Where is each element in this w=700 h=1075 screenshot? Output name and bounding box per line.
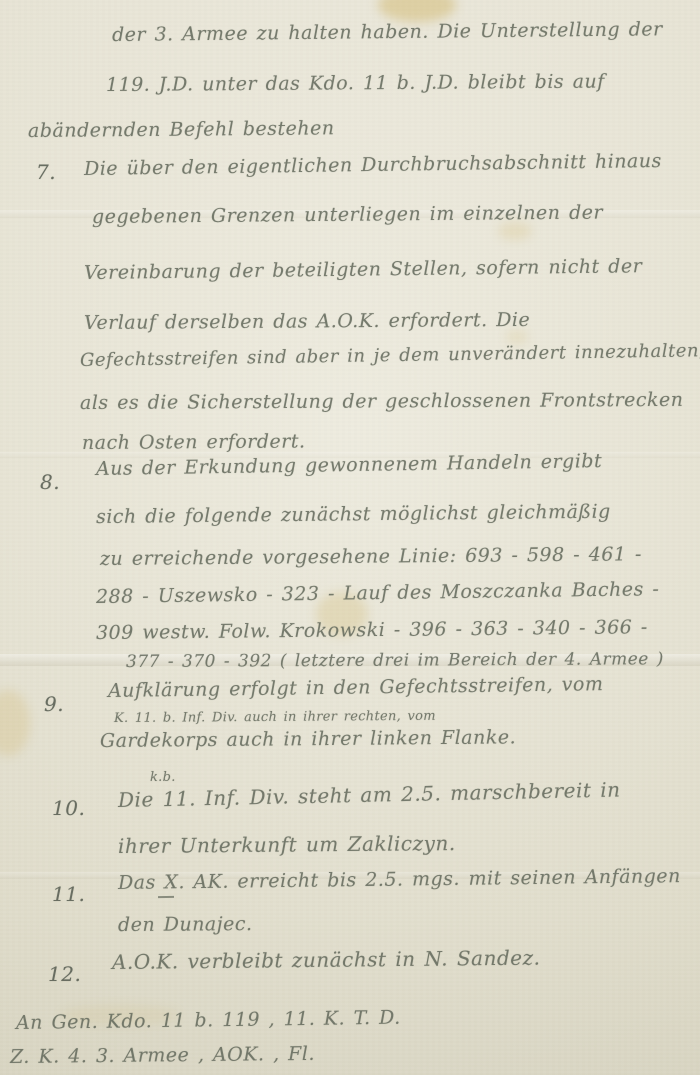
handwritten-line: abändernden Befehl bestehen [28,117,335,142]
handwritten-line: Aus der Erkundung gewonnenem Handeln erg… [96,450,602,480]
item-number: 12. [48,962,81,986]
document-scan: der 3. Armee zu halten haben. Die Unters… [0,0,700,1075]
item-number: 11. [52,882,85,906]
handwritten-line: Die 11. Inf. Div. steht am 2.5. marschbe… [118,777,621,812]
item-number: 8. [40,470,60,494]
handwritten-line: 288 - Uszewsko - 323 - Lauf des Moszczan… [96,578,660,608]
handwritten-line: Das X. AK. erreicht bis 2.5. mgs. mit se… [118,865,681,894]
handwritten-line: Verlauf derselben das A.O.K. erfordert. … [84,309,530,334]
handwritten-line: gegebenen Grenzen unterliegen im einzeln… [92,202,603,228]
handwritten-line: Aufklärung erfolgt in den Gefechtsstreif… [108,673,604,702]
handwritten-line: Vereinbarung der beteiligten Stellen, so… [84,255,642,284]
footer-line: Z. K. 4. 3. Armee , AOK. , Fl. [10,1043,315,1068]
handwritten-line: nach Osten erfordert. [82,430,306,454]
paper-stain [506,330,528,344]
item-number: 9. [44,692,64,716]
paper-stain [378,0,456,22]
handwritten-line: 377 - 370 - 392 ( letztere drei im Berei… [126,649,664,672]
handwritten-line: als es die Sicherstellung der geschlosse… [80,389,684,414]
handwritten-line: Die über den eigentlichen Durchbruchsabs… [84,150,662,180]
handwritten-line: Gefechtsstreifen sind aber in je dem unv… [80,340,700,371]
underline-mark [158,896,174,898]
handwritten-line: 119. J.D. unter das Kdo. 11 b. J.D. blei… [106,71,605,96]
inserted-line: K. 11. b. Inf. Div. auch in ihrer rechte… [114,709,436,726]
handwritten-line: A.O.K. verbleibt zunächst in N. Sandez. [112,946,541,974]
paper-stain [498,222,532,240]
footer-line: An Gen. Kdo. 11 b. 119 , 11. K. T. D. [16,1007,401,1034]
item-number: 7. [36,160,56,184]
handwritten-line: der 3. Armee zu halten haben. Die Unters… [112,18,663,46]
item-number: 10. [52,796,85,820]
handwritten-line: den Dunajec. [118,913,253,936]
superscript-insertion: k.b. [150,770,176,785]
handwritten-line: Gardekorps auch in ihrer linken Flanke. [100,726,516,752]
handwritten-line: ihrer Unterkunft um Zakliczyn. [118,831,456,858]
paper-stain [0,690,30,756]
handwritten-line: 309 westw. Folw. Krokowski - 396 - 363 -… [96,616,648,644]
handwritten-line: zu erreichende vorgesehene Linie: 693 - … [100,543,642,570]
handwritten-line: sich die folgende zunächst möglichst gle… [96,501,611,528]
